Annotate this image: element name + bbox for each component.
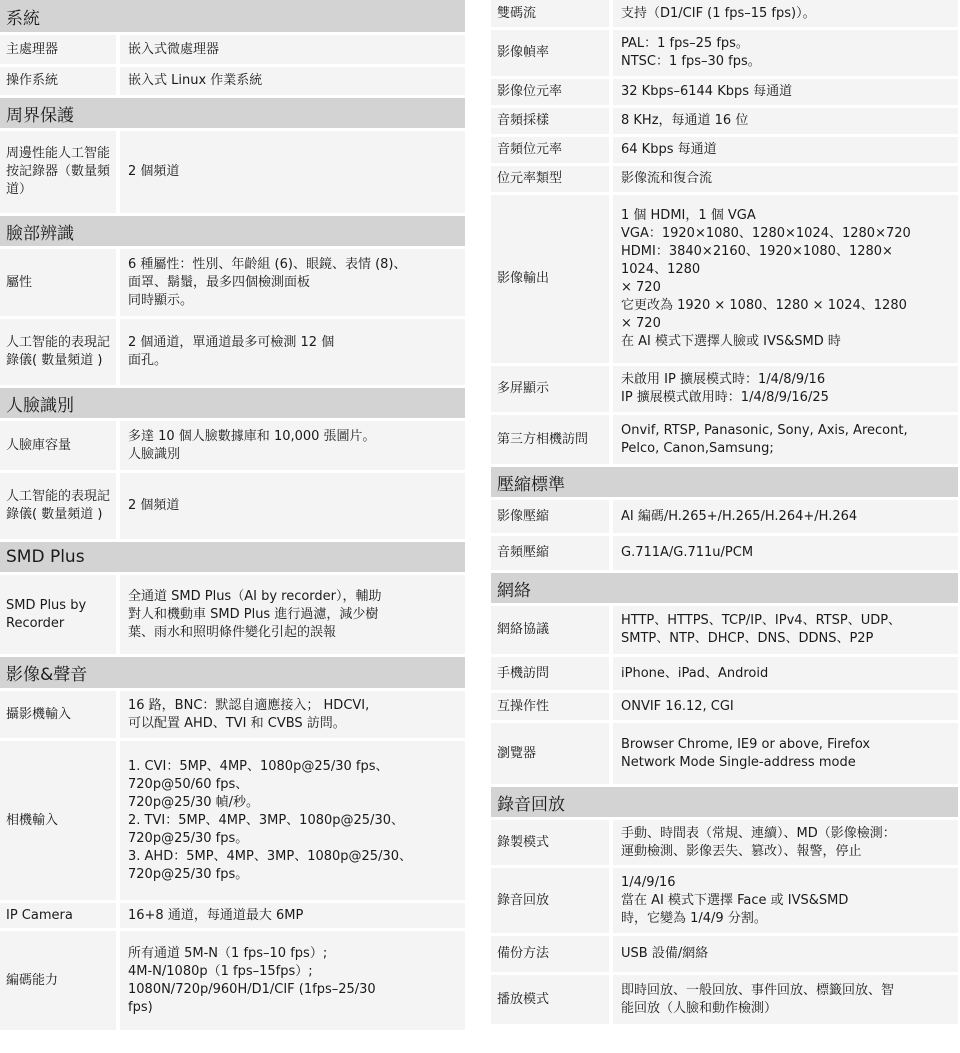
spec-label: 播放模式 [491, 975, 609, 1024]
spec-value: 即時回放、一般回放、事件回放、標籤回放、智 能回放（人臉和動作檢測） [613, 975, 958, 1024]
spec-label: 人工智能的表現記錄儀( 數量頻道 ) [0, 319, 116, 385]
spec-table-right: 雙碼流支持（D1/CIF (1 fps–15 fps)）。影像幀率PAL：1 f… [491, 0, 958, 1027]
spec-row: 多屏顯示未啟用 IP 擴展模式時：1/4/8/9/16 IP 擴展模式啟用時：1… [491, 366, 958, 412]
spec-label: 位元率類型 [491, 166, 609, 192]
spec-label: 主處理器 [0, 35, 116, 64]
spec-row: 備份方法USB 設備/網絡 [491, 936, 958, 972]
spec-value: 2 個通道，單通道最多可檢測 12 個 面孔。 [120, 319, 465, 385]
spec-label: 備份方法 [491, 936, 609, 972]
spec-value: G.711A/G.711u/PCM [613, 536, 958, 570]
spec-row: 影像位元率32 Kbps–6144 Kbps 每通道 [491, 79, 958, 105]
spec-value: Onvif, RTSP, Panasonic, Sony, Axis, Arec… [613, 415, 958, 464]
spec-value: 1 個 HDMI，1 個 VGA VGA：1920×1080、1280×1024… [613, 195, 958, 363]
spec-value: 6 種屬性：性別、年齡組 (6)、眼鏡、表情 (8)、 面罩、鬍鬚，最多四個檢測… [120, 249, 465, 316]
spec-label: IP Camera [0, 903, 116, 928]
spec-value: 嵌入式 Linux 作業系統 [120, 67, 465, 95]
spec-label: 影像壓縮 [491, 500, 609, 533]
spec-row: 瀏覽器Browser Chrome, IE9 or above, Firefox… [491, 723, 958, 784]
spec-value: 全通道 SMD Plus（AI by recorder），輔助 對人和機動車 S… [120, 575, 465, 654]
spec-row: 網絡協議HTTP、HTTPS、TCP/IP、IPv4、RTSP、UDP、 SMT… [491, 606, 958, 654]
spec-value: 支持（D1/CIF (1 fps–15 fps)）。 [613, 0, 958, 27]
spec-label: 多屏顯示 [491, 366, 609, 412]
spec-value: 32 Kbps–6144 Kbps 每通道 [613, 79, 958, 105]
spec-row: 互操作性ONVIF 16.12, CGI [491, 693, 958, 720]
spec-label: 影像輸出 [491, 195, 609, 363]
section-header: 人臉識別 [0, 388, 465, 418]
spec-label: 錄音回放 [491, 868, 609, 933]
spec-row: 人工智能的表現記錄儀( 數量頻道 )2 個通道，單通道最多可檢測 12 個 面孔… [0, 319, 465, 385]
spec-row: 影像幀率PAL：1 fps–25 fps。 NTSC：1 fps–30 fps。 [491, 30, 958, 76]
spec-row: 人臉庫容量多達 10 個人臉數據庫和 10,000 張圖片。 人臉識別 [0, 421, 465, 470]
spec-value: 多達 10 個人臉數據庫和 10,000 張圖片。 人臉識別 [120, 421, 465, 470]
spec-value: 嵌入式微處理器 [120, 35, 465, 64]
spec-label: 相機輸入 [0, 741, 116, 900]
spec-label: 手機訪問 [491, 657, 609, 690]
spec-label: 人臉庫容量 [0, 421, 116, 470]
spec-row: 操作系統嵌入式 Linux 作業系統 [0, 67, 465, 95]
spec-value: ONVIF 16.12, CGI [613, 693, 958, 720]
spec-value: 2 個頻道 [120, 131, 465, 213]
spec-label: 人工智能的表現記錄儀( 數量頻道 ) [0, 473, 116, 539]
section-header: 周界保護 [0, 98, 465, 128]
spec-value: 未啟用 IP 擴展模式時：1/4/8/9/16 IP 擴展模式啟用時：1/4/8… [613, 366, 958, 412]
spec-label: 音頻壓縮 [491, 536, 609, 570]
spec-row: IP Camera16+8 通道，每通道最大 6MP [0, 903, 465, 928]
spec-value: USB 設備/網絡 [613, 936, 958, 972]
spec-label: 編碼能力 [0, 931, 116, 1030]
spec-value: 8 KHz，每通道 16 位 [613, 108, 958, 134]
section-header: SMD Plus [0, 542, 465, 572]
spec-row: 音頻採樣8 KHz，每通道 16 位 [491, 108, 958, 134]
spec-row: 第三方相機訪問Onvif, RTSP, Panasonic, Sony, Axi… [491, 415, 958, 464]
spec-value: 1/4/9/16 當在 AI 模式下選擇 Face 或 IVS&SMD 時，它變… [613, 868, 958, 933]
spec-row: 相機輸入1. CVI：5MP、4MP、1080p@25/30 fps、 720p… [0, 741, 465, 900]
spec-row: 位元率類型影像流和復合流 [491, 166, 958, 192]
section-header: 系統 [0, 0, 465, 32]
spec-value: HTTP、HTTPS、TCP/IP、IPv4、RTSP、UDP、 SMTP、NT… [613, 606, 958, 654]
spec-row: 人工智能的表現記錄儀( 數量頻道 )2 個頻道 [0, 473, 465, 539]
spec-row: 攝影機輸入16 路，BNC：默認自適應接入； HDCVI, 可以配置 AHD、T… [0, 691, 465, 738]
spec-row: 主處理器嵌入式微處理器 [0, 35, 465, 64]
spec-row: 播放模式即時回放、一般回放、事件回放、標籤回放、智 能回放（人臉和動作檢測） [491, 975, 958, 1024]
spec-label: 攝影機輸入 [0, 691, 116, 738]
spec-label: 音頻位元率 [491, 137, 609, 163]
spec-label: 周邊性能人工智能按記錄器（數量頻道） [0, 131, 116, 213]
section-header: 臉部辨識 [0, 216, 465, 246]
section-header: 錄音回放 [491, 787, 958, 817]
spec-value: 1. CVI：5MP、4MP、1080p@25/30 fps、 720p@50/… [120, 741, 465, 900]
spec-row: 編碼能力所有通道 5M-N（1 fps–10 fps）; 4M-N/1080p（… [0, 931, 465, 1030]
spec-label: 互操作性 [491, 693, 609, 720]
spec-value: 16+8 通道，每通道最大 6MP [120, 903, 465, 928]
spec-value: 16 路，BNC：默認自適應接入； HDCVI, 可以配置 AHD、TVI 和 … [120, 691, 465, 738]
spec-row: 屬性6 種屬性：性別、年齡組 (6)、眼鏡、表情 (8)、 面罩、鬍鬚，最多四個… [0, 249, 465, 316]
section-header: 壓縮標準 [491, 467, 958, 497]
spec-value: 64 Kbps 每通道 [613, 137, 958, 163]
spec-value: 所有通道 5M-N（1 fps–10 fps）; 4M-N/1080p（1 fp… [120, 931, 465, 1030]
spec-label: 瀏覽器 [491, 723, 609, 784]
spec-label: 錄製模式 [491, 820, 609, 865]
spec-table-left: 系統主處理器嵌入式微處理器操作系統嵌入式 Linux 作業系統周界保護周邊性能人… [0, 0, 465, 1033]
spec-row: 手機訪問iPhone、iPad、Android [491, 657, 958, 690]
spec-label: 影像位元率 [491, 79, 609, 105]
spec-label: SMD Plus by Recorder [0, 575, 116, 654]
section-header: 網絡 [491, 573, 958, 603]
spec-label: 音頻採樣 [491, 108, 609, 134]
spec-row: 錄音回放1/4/9/16 當在 AI 模式下選擇 Face 或 IVS&SMD … [491, 868, 958, 933]
spec-label: 屬性 [0, 249, 116, 316]
spec-row: 影像輸出1 個 HDMI，1 個 VGA VGA：1920×1080、1280×… [491, 195, 958, 363]
spec-value: 手動、時間表（常規、連續）、MD（影像檢測： 運動檢測、影像丟失、篡改）、報警，… [613, 820, 958, 865]
spec-row: 雙碼流支持（D1/CIF (1 fps–15 fps)）。 [491, 0, 958, 27]
spec-label: 操作系統 [0, 67, 116, 95]
spec-value: iPhone、iPad、Android [613, 657, 958, 690]
spec-value: 2 個頻道 [120, 473, 465, 539]
spec-row: 影像壓縮AI 編碼/H.265+/H.265/H.264+/H.264 [491, 500, 958, 533]
spec-label: 網絡協議 [491, 606, 609, 654]
spec-value: Browser Chrome, IE9 or above, Firefox Ne… [613, 723, 958, 784]
spec-value: AI 編碼/H.265+/H.265/H.264+/H.264 [613, 500, 958, 533]
section-header: 影像&聲音 [0, 657, 465, 688]
spec-row: 音頻位元率64 Kbps 每通道 [491, 137, 958, 163]
spec-row: 周邊性能人工智能按記錄器（數量頻道）2 個頻道 [0, 131, 465, 213]
spec-row: 音頻壓縮G.711A/G.711u/PCM [491, 536, 958, 570]
spec-label: 影像幀率 [491, 30, 609, 76]
spec-label: 第三方相機訪問 [491, 415, 609, 464]
spec-row: SMD Plus by Recorder全通道 SMD Plus（AI by r… [0, 575, 465, 654]
spec-label: 雙碼流 [491, 0, 609, 27]
spec-value: 影像流和復合流 [613, 166, 958, 192]
spec-value: PAL：1 fps–25 fps。 NTSC：1 fps–30 fps。 [613, 30, 958, 76]
spec-row: 錄製模式手動、時間表（常規、連續）、MD（影像檢測： 運動檢測、影像丟失、篡改）… [491, 820, 958, 865]
